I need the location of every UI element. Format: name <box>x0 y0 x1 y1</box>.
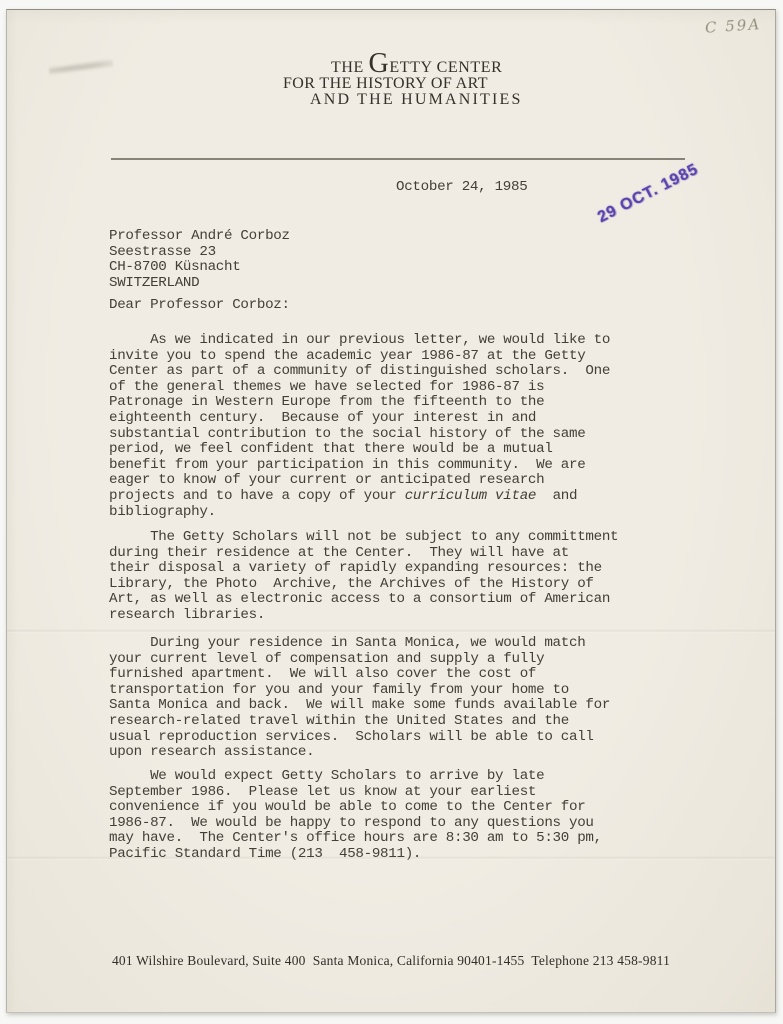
corner-note: C 59A <box>704 15 761 37</box>
salutation: Dear Professor Corboz: <box>109 298 290 314</box>
letterhead-line-3: AND THE HUMANITIES <box>310 92 523 108</box>
date-line: October 24, 1985 <box>396 180 527 196</box>
recipient-address: Professor André Corboz Seestrasse 23 CH-… <box>109 229 290 291</box>
letterhead: THE GETTY CENTER FOR THE HISTORY OF ART … <box>283 56 523 108</box>
letterhead-divider <box>111 158 685 160</box>
paragraph-1: As we indicated in our previous letter, … <box>109 333 610 520</box>
paragraph-3: During your residence in Santa Monica, w… <box>109 636 610 761</box>
paragraph-1-text-a: As we indicated in our previous letter, … <box>109 332 610 504</box>
letterhead-line-1-pre: THE <box>331 59 369 76</box>
curriculum-vitae-italic: curriculum vitae <box>405 488 536 504</box>
letterhead-line-1-post: ETTY CENTER <box>389 59 502 76</box>
paragraph-4: We would expect Getty Scholars to arrive… <box>109 769 602 863</box>
paragraph-2: The Getty Scholars will not be subject t… <box>109 530 618 624</box>
pencil-smudge <box>49 59 114 77</box>
letterhead-line-1: THE GETTY CENTER <box>331 56 523 76</box>
footer-address: 401 Wilshire Boulevard, Suite 400 Santa … <box>7 953 775 969</box>
paper-crease-upper <box>7 629 775 633</box>
received-date-stamp: 29 OCT. 1985 <box>595 161 702 227</box>
letterhead-line-2: FOR THE HISTORY OF ART <box>283 76 523 92</box>
letter-page: C 59A THE GETTY CENTER FOR THE HISTORY O… <box>6 9 776 1013</box>
